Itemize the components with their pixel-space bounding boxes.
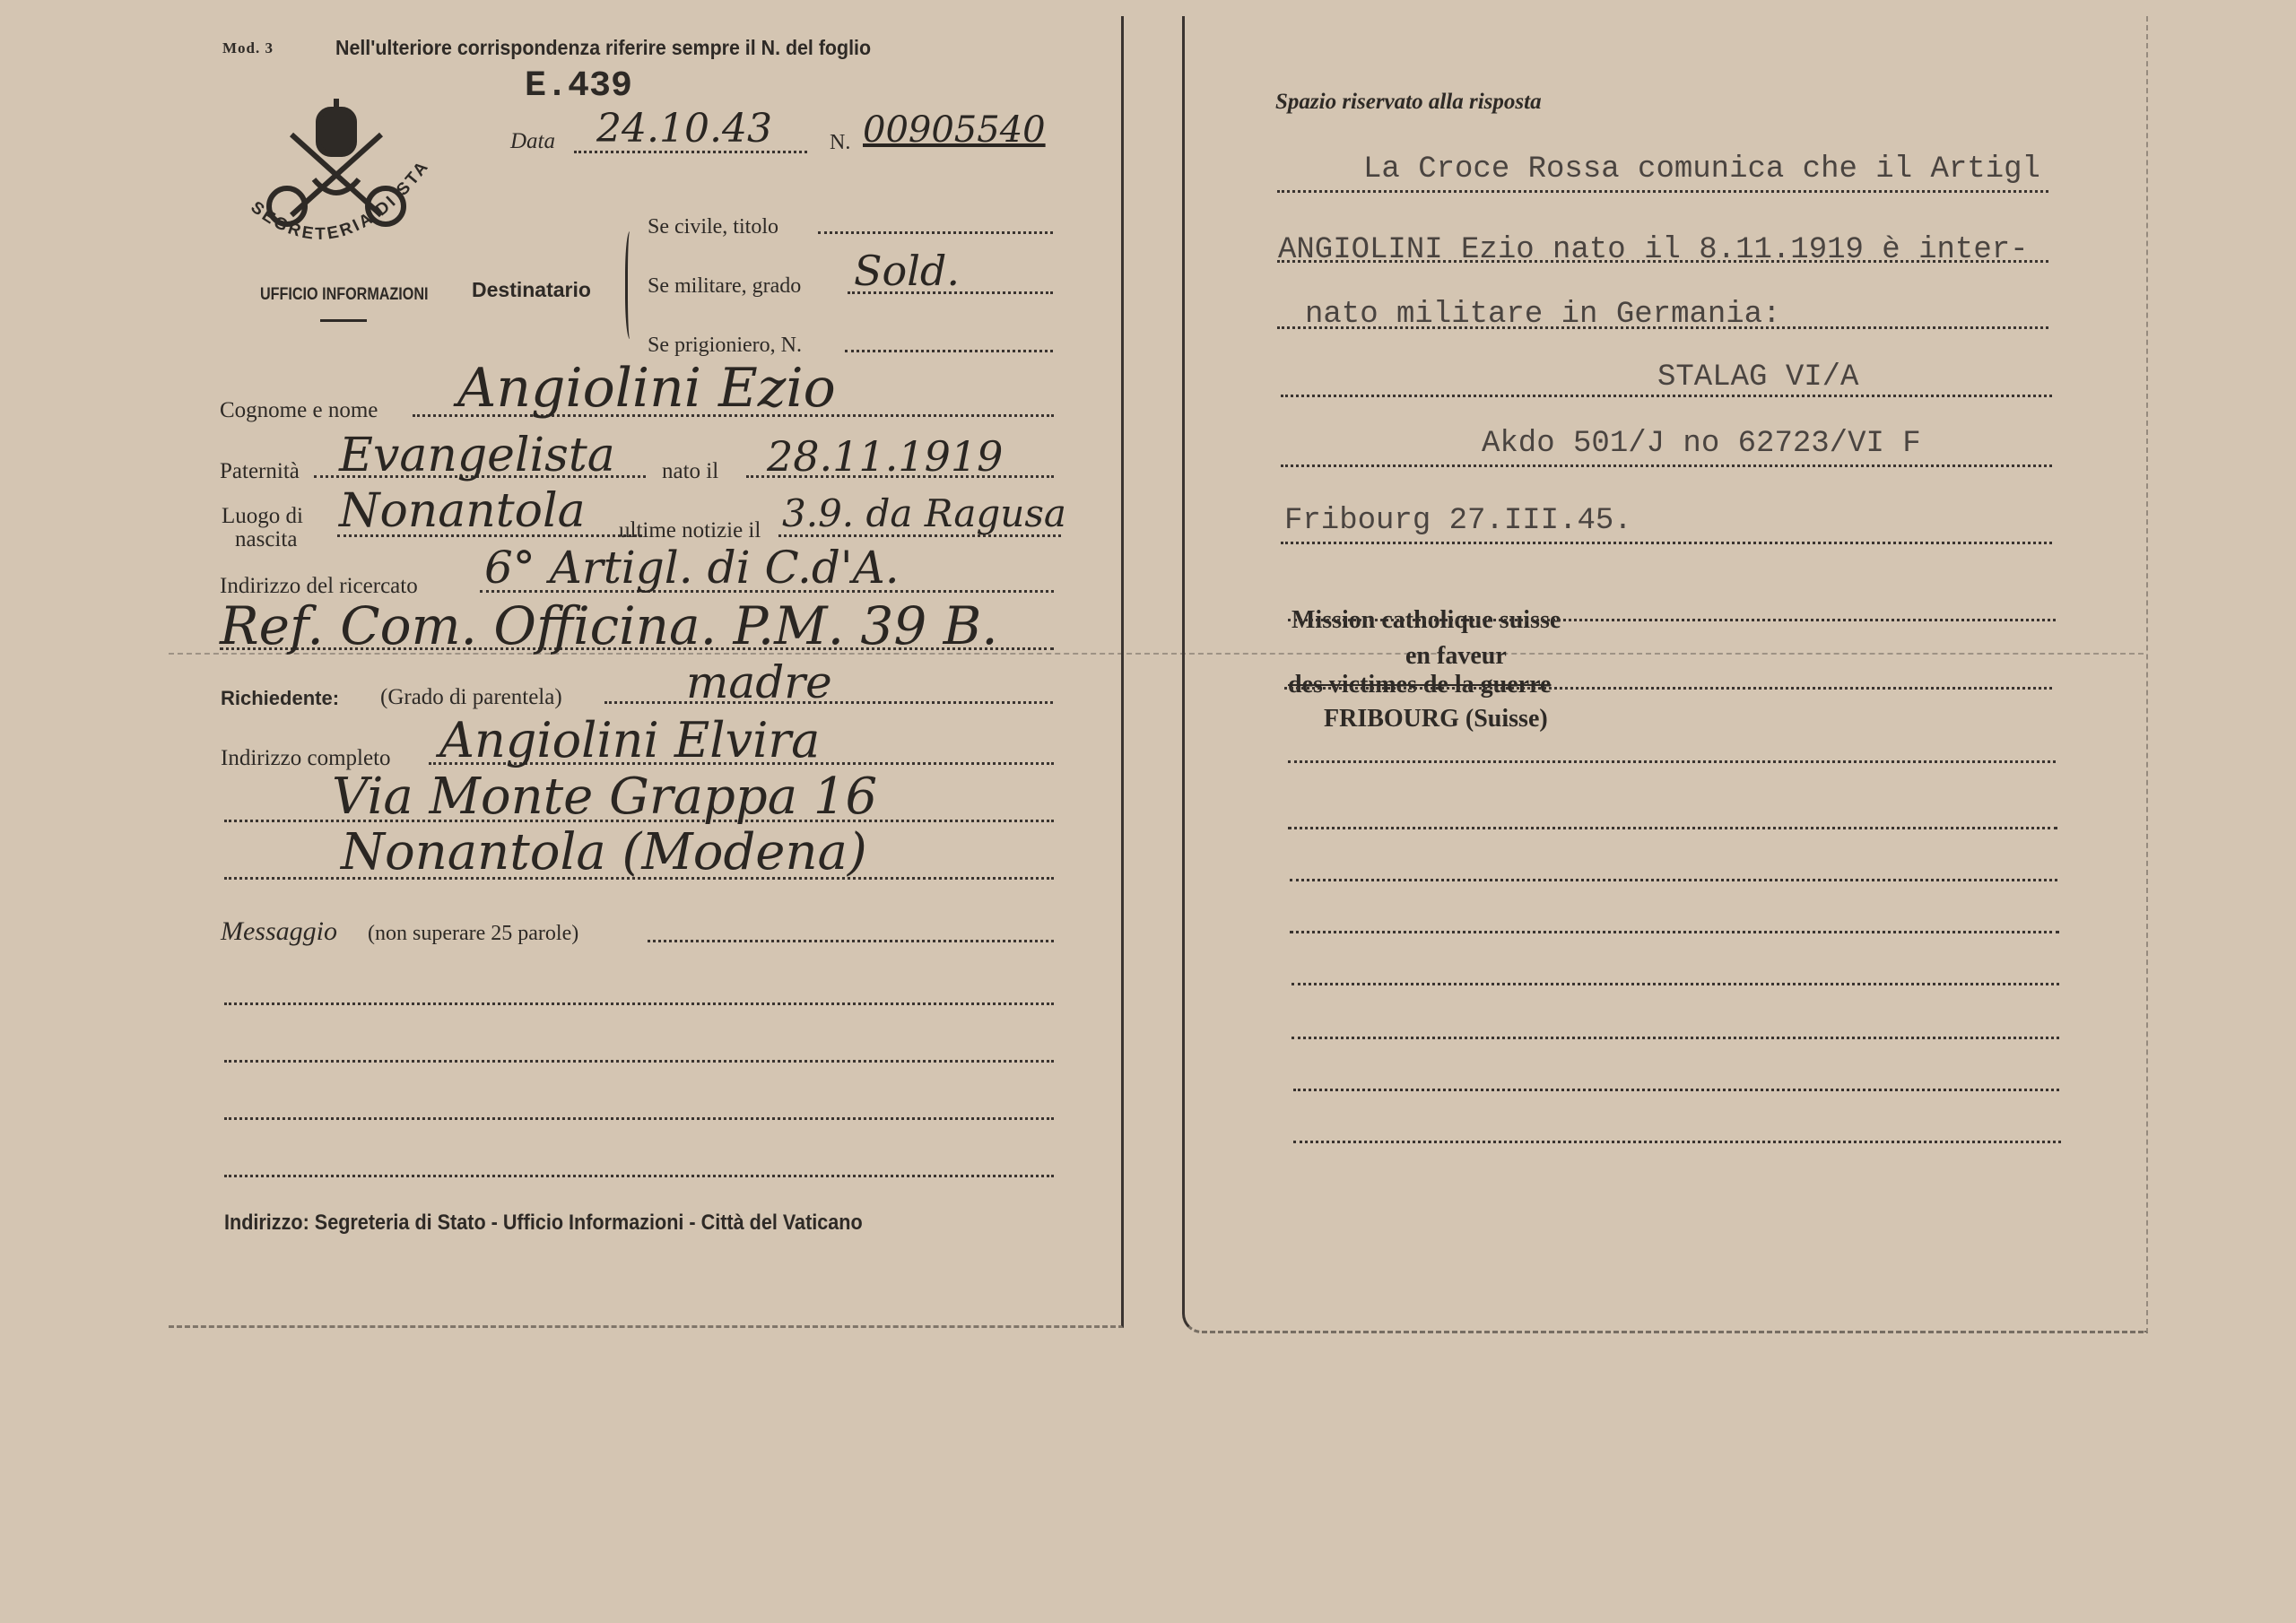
paternita-value: Evangelista [339, 429, 615, 482]
number-value: 00905540 [863, 109, 1046, 151]
indirizzo-ricercato-value-1: 6° Artigl. di C.d'A. [484, 542, 900, 594]
prigioniero-label: Se prigioniero, N. [648, 334, 802, 358]
date-value: 24.10.43 [596, 106, 772, 152]
richiedente-label: Richiedente: [221, 687, 339, 710]
header-note: Nell'ulteriore corrispondenza riferire s… [335, 36, 871, 60]
indirizzo-ricercato-value-2: Ref. Com. Officina. P.M. 39 B. [220, 595, 998, 656]
reply-title: Spazio riservato alla risposta [1275, 90, 1542, 115]
grado-parentela-label: (Grado di parentela) [380, 685, 562, 710]
indirizzo-completo-value-3: Nonantola (Modena) [341, 823, 867, 881]
message-line [224, 1117, 1054, 1120]
nato-label: nato il [662, 459, 718, 484]
indirizzo-completo-value-2: Via Monte Grappa 16 [332, 768, 877, 826]
model-number: Mod. 3 [222, 39, 274, 57]
indirizzo-completo-value-1: Angiolini Elvira [439, 712, 820, 768]
office-name: UFFICIO INFORMAZIONI [260, 285, 429, 305]
militare-label: Se militare, grado [648, 274, 801, 299]
messaggio-note: (non superare 25 parole) [368, 922, 578, 946]
luogo-label-2: nascita [235, 527, 297, 552]
prigioniero-field [845, 350, 1053, 352]
luogo-label-1: Luogo di [222, 504, 303, 529]
date-label: Data [510, 129, 555, 154]
message-line [648, 940, 1054, 942]
reply-blank-line [1293, 1089, 2059, 1091]
destinatario-label: Destinatario [472, 278, 591, 302]
reference-code: E.439 [525, 66, 632, 107]
reply-blank-line [1290, 879, 2057, 881]
papal-emblem-icon: SEGRETERIA DI STATO [229, 72, 444, 278]
message-line [224, 1060, 1054, 1063]
reply-line-6: Fribourg 27.III.45. [1284, 504, 1632, 538]
reply-line-5: Akdo 501/J no 62723/VI F [1482, 427, 1921, 461]
reply-line-4: STALAG VI/A [1657, 360, 1858, 395]
nato-value: 28.11.1919 [767, 432, 1003, 481]
militare-value: Sold. [854, 247, 960, 295]
cognome-label: Cognome e nome [220, 398, 378, 423]
reply-blank-line [1291, 1037, 2059, 1039]
reply-line-1: La Croce Rossa comunica che il Artigl [1363, 152, 2040, 187]
notizie-label: ultime notizie il [619, 518, 761, 543]
civile-field [818, 231, 1053, 234]
messaggio-label: Messaggio [221, 916, 337, 947]
civile-label: Se civile, titolo [648, 215, 778, 239]
luogo-value: Nonantola [339, 484, 586, 538]
message-line [224, 1175, 1054, 1177]
reply-blank-line [1291, 983, 2059, 985]
paternita-label: Paternità [220, 459, 300, 484]
message-line [224, 1002, 1054, 1005]
reply-blank-line [1293, 1141, 2061, 1143]
cognome-value: Angiolini Ezio [457, 357, 836, 420]
footer-address: Indirizzo: Segreteria di Stato - Ufficio… [224, 1211, 863, 1236]
notizie-value: 3.9. da Ragusa [782, 491, 1066, 535]
reply-blank-line [1290, 931, 2059, 933]
reply-blank-line [1288, 827, 2057, 829]
number-label: N. [830, 131, 850, 155]
grado-parentela-value: madre [686, 656, 832, 708]
